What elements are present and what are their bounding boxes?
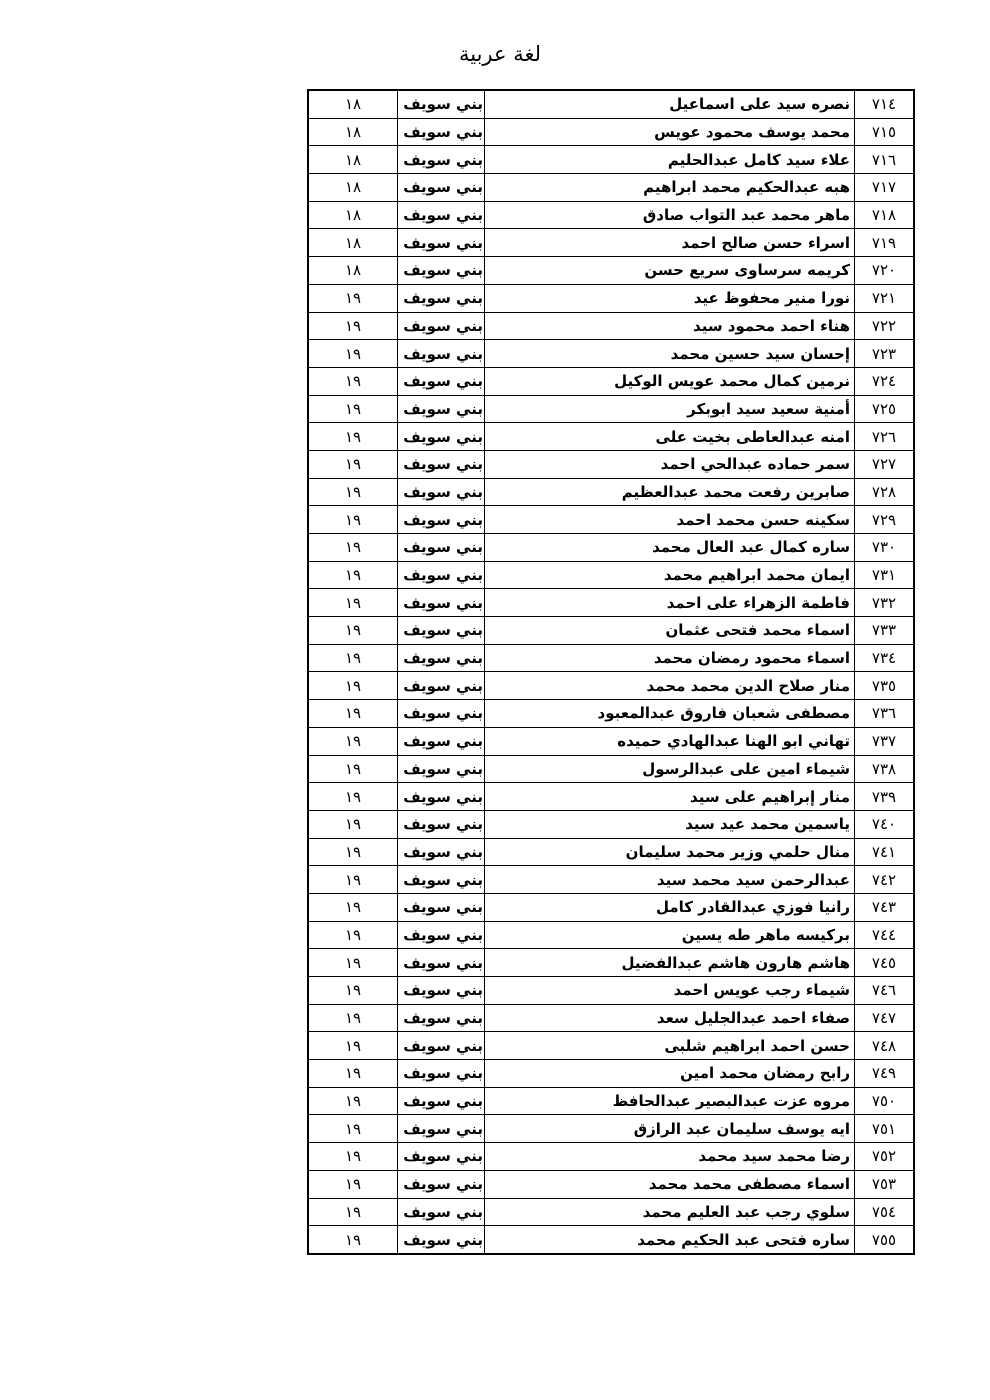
table-row: ٧٤٦شيماء رجب عويس احمدبني سويف١٩ <box>308 977 914 1005</box>
name-cell: شيماء رجب عويس احمد <box>485 977 855 1005</box>
city-cell: بني سويف <box>398 810 485 838</box>
city-cell: بني سويف <box>398 312 485 340</box>
group-cell: ١٩ <box>308 450 398 478</box>
group-cell: ١٩ <box>308 1032 398 1060</box>
row-number-cell: ٧١٤ <box>855 90 915 118</box>
group-cell: ١٩ <box>308 1115 398 1143</box>
table-row: ٧٢٢هناء احمد محمود سيدبني سويف١٩ <box>308 312 914 340</box>
city-cell: بني سويف <box>398 700 485 728</box>
city-cell: بني سويف <box>398 589 485 617</box>
row-number-cell: ٧٥٥ <box>855 1226 915 1254</box>
table-row: ٧٤١منال حلمي وزير محمد سليمانبني سويف١٩ <box>308 838 914 866</box>
group-cell: ١٩ <box>308 783 398 811</box>
row-number-cell: ٧١٦ <box>855 146 915 174</box>
name-cell: سلوي رجب عبد العليم محمد <box>485 1198 855 1226</box>
group-cell: ١٩ <box>308 1060 398 1088</box>
city-cell: بني سويف <box>398 395 485 423</box>
table-row: ٧٢٠كريمه سرساوى سريع حسنبني سويف١٨ <box>308 257 914 285</box>
group-cell: ١٩ <box>308 949 398 977</box>
name-cell: مصطفى شعبان فاروق عبدالمعبود <box>485 700 855 728</box>
table-row: ٧٥٠مروه عزت عبدالبصير عبدالحافظبني سويف١… <box>308 1087 914 1115</box>
group-cell: ١٩ <box>308 1170 398 1198</box>
name-cell: حسن احمد ابراهيم شلبى <box>485 1032 855 1060</box>
name-cell: امنه عبدالعاطى بخيت على <box>485 423 855 451</box>
table-row: ٧٢١نورا منير محفوظ عيدبني سويف١٩ <box>308 284 914 312</box>
city-cell: بني سويف <box>398 1032 485 1060</box>
city-cell: بني سويف <box>398 1087 485 1115</box>
table-row: ٧١٧هبه عبدالحكيم محمد ابراهيمبني سويف١٨ <box>308 174 914 202</box>
group-cell: ١٩ <box>308 534 398 562</box>
group-cell: ١٩ <box>308 977 398 1005</box>
group-cell: ١٩ <box>308 810 398 838</box>
city-cell: بني سويف <box>398 257 485 285</box>
table-row: ٧٢٣إحسان سيد حسين محمدبني سويف١٩ <box>308 340 914 368</box>
name-cell: ساره كمال عبد العال محمد <box>485 534 855 562</box>
row-number-cell: ٧٥١ <box>855 1115 915 1143</box>
city-cell: بني سويف <box>398 534 485 562</box>
name-cell: ياسمين محمد عيد سيد <box>485 810 855 838</box>
city-cell: بني سويف <box>398 478 485 506</box>
name-cell: ايمان محمد ابراهيم محمد <box>485 561 855 589</box>
city-cell: بني سويف <box>398 1198 485 1226</box>
row-number-cell: ٧٣٧ <box>855 727 915 755</box>
group-cell: ١٩ <box>308 395 398 423</box>
row-number-cell: ٧٣٩ <box>855 783 915 811</box>
row-number-cell: ٧٥٣ <box>855 1170 915 1198</box>
group-cell: ١٩ <box>308 506 398 534</box>
table-row: ٧٣١ايمان محمد ابراهيم محمدبني سويف١٩ <box>308 561 914 589</box>
name-cell: أمنية سعيد سيد ابوبكر <box>485 395 855 423</box>
table-row: ٧٣٥منار صلاح الدين محمد محمدبني سويف١٩ <box>308 672 914 700</box>
row-number-cell: ٧٢٨ <box>855 478 915 506</box>
group-cell: ١٩ <box>308 921 398 949</box>
table-row: ٧٤٩رابح رمضان محمد امينبني سويف١٩ <box>308 1060 914 1088</box>
name-cell: محمد يوسف محمود عويس <box>485 118 855 146</box>
group-cell: ١٩ <box>308 893 398 921</box>
roster-table-body: ٧١٤نصره سيد على اسماعيلبني سويف١٨٧١٥محمد… <box>308 90 914 1254</box>
city-cell: بني سويف <box>398 561 485 589</box>
city-cell: بني سويف <box>398 866 485 894</box>
group-cell: ١٩ <box>308 589 398 617</box>
table-row: ٧٢٤نرمين كمال محمد عويس الوكيلبني سويف١٩ <box>308 367 914 395</box>
group-cell: ١٨ <box>308 118 398 146</box>
city-cell: بني سويف <box>398 229 485 257</box>
group-cell: ١٩ <box>308 423 398 451</box>
city-cell: بني سويف <box>398 146 485 174</box>
city-cell: بني سويف <box>398 977 485 1005</box>
city-cell: بني سويف <box>398 617 485 645</box>
name-cell: كريمه سرساوى سريع حسن <box>485 257 855 285</box>
group-cell: ١٨ <box>308 90 398 118</box>
name-cell: نرمين كمال محمد عويس الوكيل <box>485 367 855 395</box>
table-row: ٧٥٥ساره فتحى عبد الحكيم محمدبني سويف١٩ <box>308 1226 914 1254</box>
row-number-cell: ٧٥٤ <box>855 1198 915 1226</box>
group-cell: ١٩ <box>308 1226 398 1254</box>
name-cell: نورا منير محفوظ عيد <box>485 284 855 312</box>
row-number-cell: ٧٤٩ <box>855 1060 915 1088</box>
city-cell: بني سويف <box>398 367 485 395</box>
name-cell: شيماء امين على عبدالرسول <box>485 755 855 783</box>
name-cell: إحسان سيد حسين محمد <box>485 340 855 368</box>
group-cell: ١٩ <box>308 340 398 368</box>
row-number-cell: ٧٢٧ <box>855 450 915 478</box>
group-cell: ١٩ <box>308 727 398 755</box>
group-cell: ١٩ <box>308 1087 398 1115</box>
city-cell: بني سويف <box>398 118 485 146</box>
group-cell: ١٩ <box>308 367 398 395</box>
row-number-cell: ٧٤٨ <box>855 1032 915 1060</box>
row-number-cell: ٧٣٦ <box>855 700 915 728</box>
row-number-cell: ٧٣٠ <box>855 534 915 562</box>
group-cell: ١٩ <box>308 866 398 894</box>
city-cell: بني سويف <box>398 672 485 700</box>
table-row: ٧٤٤بركيسه ماهر طه يسينبني سويف١٩ <box>308 921 914 949</box>
group-cell: ١٩ <box>308 312 398 340</box>
row-number-cell: ٧٢١ <box>855 284 915 312</box>
name-cell: هناء احمد محمود سيد <box>485 312 855 340</box>
city-cell: بني سويف <box>398 838 485 866</box>
table-row: ٧٣٦مصطفى شعبان فاروق عبدالمعبودبني سويف١… <box>308 700 914 728</box>
city-cell: بني سويف <box>398 1004 485 1032</box>
group-cell: ١٩ <box>308 284 398 312</box>
table-row: ٧٥٣اسماء مصطفى محمد محمدبني سويف١٩ <box>308 1170 914 1198</box>
name-cell: ماهر محمد عبد التواب صادق <box>485 201 855 229</box>
city-cell: بني سويف <box>398 1226 485 1254</box>
group-cell: ١٨ <box>308 174 398 202</box>
table-row: ٧٤٧صفاء احمد عبدالجليل سعدبني سويف١٩ <box>308 1004 914 1032</box>
page-title: لغة عربية <box>420 36 580 72</box>
table-row: ٧١٦علاء سيد كامل عبدالحليمبني سويف١٨ <box>308 146 914 174</box>
table-row: ٧٥١ايه يوسف سليمان عبد الرازقبني سويف١٩ <box>308 1115 914 1143</box>
city-cell: بني سويف <box>398 921 485 949</box>
city-cell: بني سويف <box>398 1143 485 1171</box>
row-number-cell: ٧٤٢ <box>855 866 915 894</box>
table-row: ٧٥٤سلوي رجب عبد العليم محمدبني سويف١٩ <box>308 1198 914 1226</box>
table-row: ٧١٩اسراء حسن صالح احمدبني سويف١٨ <box>308 229 914 257</box>
row-number-cell: ٧٤٠ <box>855 810 915 838</box>
name-cell: بركيسه ماهر طه يسين <box>485 921 855 949</box>
city-cell: بني سويف <box>398 423 485 451</box>
row-number-cell: ٧٢٢ <box>855 312 915 340</box>
table-row: ٧٤٥هاشم هارون هاشم عبدالفضيلبني سويف١٩ <box>308 949 914 977</box>
table-row: ٧٣٢فاطمة الزهراء على احمدبني سويف١٩ <box>308 589 914 617</box>
table-row: ٧٢٨صابرين رفعت محمد عبدالعظيمبني سويف١٩ <box>308 478 914 506</box>
row-number-cell: ٧٤١ <box>855 838 915 866</box>
city-cell: بني سويف <box>398 340 485 368</box>
row-number-cell: ٧٤٦ <box>855 977 915 1005</box>
city-cell: بني سويف <box>398 506 485 534</box>
city-cell: بني سويف <box>398 949 485 977</box>
table-row: ٧٣٩منار إبراهيم على سيدبني سويف١٩ <box>308 783 914 811</box>
row-number-cell: ٧٣٤ <box>855 644 915 672</box>
name-cell: اسماء محمد فتحى عثمان <box>485 617 855 645</box>
row-number-cell: ٧٢٦ <box>855 423 915 451</box>
city-cell: بني سويف <box>398 755 485 783</box>
name-cell: صابرين رفعت محمد عبدالعظيم <box>485 478 855 506</box>
table-row: ٧١٤نصره سيد على اسماعيلبني سويف١٨ <box>308 90 914 118</box>
name-cell: ايه يوسف سليمان عبد الرازق <box>485 1115 855 1143</box>
row-number-cell: ٧٣١ <box>855 561 915 589</box>
table-row: ٧٣٤اسماء محمود رمضان محمدبني سويف١٩ <box>308 644 914 672</box>
row-number-cell: ٧٤٣ <box>855 893 915 921</box>
name-cell: هاشم هارون هاشم عبدالفضيل <box>485 949 855 977</box>
name-cell: عبدالرحمن سيد محمد سيد <box>485 866 855 894</box>
row-number-cell: ٧١٧ <box>855 174 915 202</box>
row-number-cell: ٧٤٥ <box>855 949 915 977</box>
row-number-cell: ٧٥٠ <box>855 1087 915 1115</box>
name-cell: اسراء حسن صالح احمد <box>485 229 855 257</box>
table-row: ٧٤٠ياسمين محمد عيد سيدبني سويف١٩ <box>308 810 914 838</box>
city-cell: بني سويف <box>398 893 485 921</box>
group-cell: ١٩ <box>308 478 398 506</box>
name-cell: اسماء محمود رمضان محمد <box>485 644 855 672</box>
city-cell: بني سويف <box>398 1115 485 1143</box>
row-number-cell: ٧٣٣ <box>855 617 915 645</box>
row-number-cell: ٧١٥ <box>855 118 915 146</box>
table-row: ٧٢٥أمنية سعيد سيد ابوبكربني سويف١٩ <box>308 395 914 423</box>
row-number-cell: ٧٤٤ <box>855 921 915 949</box>
row-number-cell: ٧١٨ <box>855 201 915 229</box>
name-cell: سكينه حسن محمد احمد <box>485 506 855 534</box>
name-cell: تهاني ابو الهنا عبدالهادي حميده <box>485 727 855 755</box>
group-cell: ١٩ <box>308 672 398 700</box>
group-cell: ١٩ <box>308 561 398 589</box>
name-cell: منار إبراهيم على سيد <box>485 783 855 811</box>
name-cell: رانيا فوزي عبدالقادر كامل <box>485 893 855 921</box>
name-cell: نصره سيد على اسماعيل <box>485 90 855 118</box>
table-row: ٧١٨ماهر محمد عبد التواب صادقبني سويف١٨ <box>308 201 914 229</box>
row-number-cell: ٧٢٤ <box>855 367 915 395</box>
row-number-cell: ٧٣٢ <box>855 589 915 617</box>
group-cell: ١٩ <box>308 755 398 783</box>
city-cell: بني سويف <box>398 1170 485 1198</box>
table-row: ٧٣٨شيماء امين على عبدالرسولبني سويف١٩ <box>308 755 914 783</box>
city-cell: بني سويف <box>398 201 485 229</box>
table-row: ٧١٥محمد يوسف محمود عويسبني سويف١٨ <box>308 118 914 146</box>
name-cell: صفاء احمد عبدالجليل سعد <box>485 1004 855 1032</box>
table-row: ٧٤٢عبدالرحمن سيد محمد سيدبني سويف١٩ <box>308 866 914 894</box>
name-cell: رضا محمد سيد محمد <box>485 1143 855 1171</box>
name-cell: هبه عبدالحكيم محمد ابراهيم <box>485 174 855 202</box>
table-row: ٧٢٧سمر حماده عبدالحي احمدبني سويف١٩ <box>308 450 914 478</box>
table-row: ٧٣٣اسماء محمد فتحى عثمانبني سويف١٩ <box>308 617 914 645</box>
group-cell: ١٩ <box>308 700 398 728</box>
city-cell: بني سويف <box>398 450 485 478</box>
group-cell: ١٩ <box>308 838 398 866</box>
roster-table: ٧١٤نصره سيد على اسماعيلبني سويف١٨٧١٥محمد… <box>307 89 915 1255</box>
group-cell: ١٩ <box>308 1143 398 1171</box>
name-cell: منال حلمي وزير محمد سليمان <box>485 838 855 866</box>
row-number-cell: ٧١٩ <box>855 229 915 257</box>
city-cell: بني سويف <box>398 727 485 755</box>
row-number-cell: ٧٢٠ <box>855 257 915 285</box>
city-cell: بني سويف <box>398 90 485 118</box>
table-row: ٧٢٩سكينه حسن محمد احمدبني سويف١٩ <box>308 506 914 534</box>
group-cell: ١٨ <box>308 146 398 174</box>
city-cell: بني سويف <box>398 644 485 672</box>
name-cell: اسماء مصطفى محمد محمد <box>485 1170 855 1198</box>
name-cell: علاء سيد كامل عبدالحليم <box>485 146 855 174</box>
city-cell: بني سويف <box>398 783 485 811</box>
group-cell: ١٩ <box>308 1004 398 1032</box>
city-cell: بني سويف <box>398 174 485 202</box>
group-cell: ١٨ <box>308 229 398 257</box>
name-cell: سمر حماده عبدالحي احمد <box>485 450 855 478</box>
table-row: ٧٣٠ساره كمال عبد العال محمدبني سويف١٩ <box>308 534 914 562</box>
row-number-cell: ٧٣٨ <box>855 755 915 783</box>
name-cell: مروه عزت عبدالبصير عبدالحافظ <box>485 1087 855 1115</box>
name-cell: فاطمة الزهراء على احمد <box>485 589 855 617</box>
row-number-cell: ٧٣٥ <box>855 672 915 700</box>
row-number-cell: ٧٤٧ <box>855 1004 915 1032</box>
group-cell: ١٩ <box>308 644 398 672</box>
table-row: ٧٥٢رضا محمد سيد محمدبني سويف١٩ <box>308 1143 914 1171</box>
row-number-cell: ٧٢٥ <box>855 395 915 423</box>
name-cell: ساره فتحى عبد الحكيم محمد <box>485 1226 855 1254</box>
row-number-cell: ٧٢٩ <box>855 506 915 534</box>
city-cell: بني سويف <box>398 1060 485 1088</box>
table-row: ٧٣٧تهاني ابو الهنا عبدالهادي حميدهبني سو… <box>308 727 914 755</box>
name-cell: منار صلاح الدين محمد محمد <box>485 672 855 700</box>
group-cell: ١٨ <box>308 201 398 229</box>
group-cell: ١٨ <box>308 257 398 285</box>
group-cell: ١٩ <box>308 1198 398 1226</box>
row-number-cell: ٧٢٣ <box>855 340 915 368</box>
table-row: ٧٤٣رانيا فوزي عبدالقادر كاملبني سويف١٩ <box>308 893 914 921</box>
city-cell: بني سويف <box>398 284 485 312</box>
table-row: ٧٢٦امنه عبدالعاطى بخيت علىبني سويف١٩ <box>308 423 914 451</box>
group-cell: ١٩ <box>308 617 398 645</box>
table-row: ٧٤٨حسن احمد ابراهيم شلبىبني سويف١٩ <box>308 1032 914 1060</box>
name-cell: رابح رمضان محمد امين <box>485 1060 855 1088</box>
row-number-cell: ٧٥٢ <box>855 1143 915 1171</box>
